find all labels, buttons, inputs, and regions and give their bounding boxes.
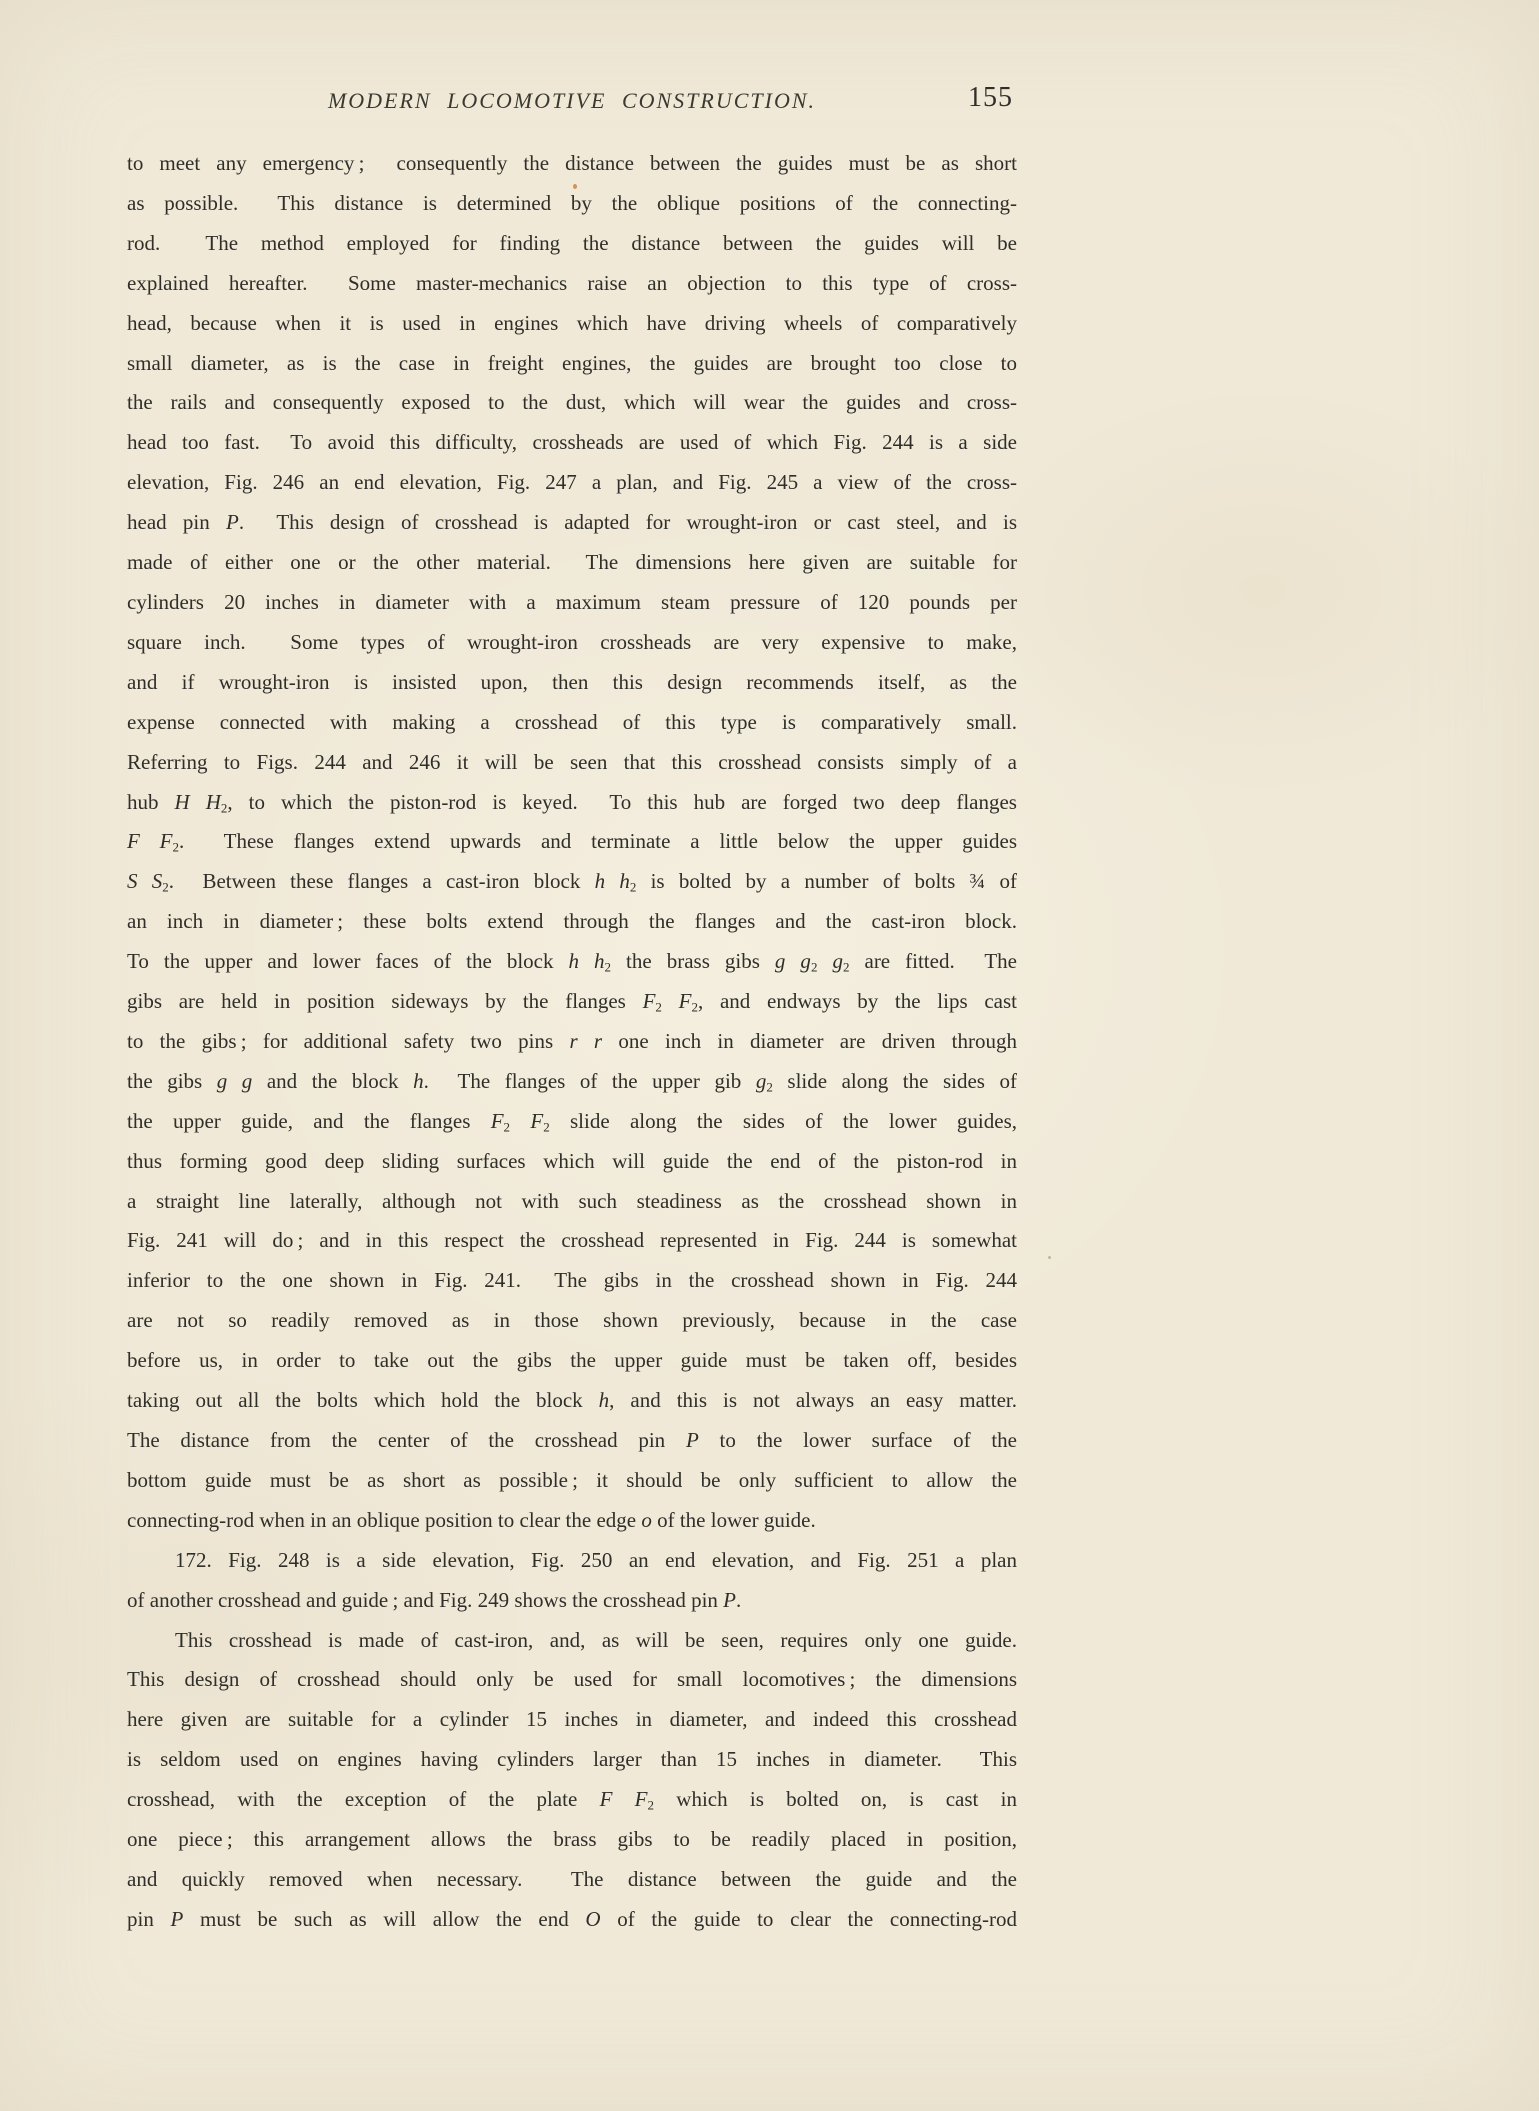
text-line: The distance from the center of the cros… <box>127 1421 1017 1461</box>
running-header: MODERN LOCOMOTIVE CONSTRUCTION. <box>127 88 1017 114</box>
paragraph: 172. Fig. 248 is a side elevation, Fig. … <box>127 1541 1017 1621</box>
book-page: MODERN LOCOMOTIVE CONSTRUCTION. 155 to m… <box>0 0 1539 2111</box>
text-line: made of either one or the other material… <box>127 543 1017 583</box>
text-line: as possible. This distance is determined… <box>127 184 1017 224</box>
running-header-title: MODERN LOCOMOTIVE CONSTRUCTION. <box>328 88 816 113</box>
text-line: crosshead, with the exception of the pla… <box>127 1780 1017 1820</box>
text-line: rod. The method employed for finding the… <box>127 224 1017 264</box>
text-line: head pin P. This design of crosshead is … <box>127 503 1017 543</box>
text-line: head too fast. To avoid this difficulty,… <box>127 423 1017 463</box>
text-line: head, because when it is used in engines… <box>127 304 1017 344</box>
text-line: Fig. 241 will do ; and in this respect t… <box>127 1221 1017 1261</box>
text-line: is seldom used on engines having cylinde… <box>127 1740 1017 1780</box>
text-line: F F2. These flanges extend upwards and t… <box>127 822 1017 862</box>
text-line: the gibs g g and the block h. The flange… <box>127 1062 1017 1102</box>
text-line: gibs are held in position sideways by th… <box>127 982 1017 1022</box>
page-body-text: to meet any emergency ; consequently the… <box>127 144 1017 1940</box>
text-line: the rails and consequently exposed to th… <box>127 383 1017 423</box>
text-line: 172. Fig. 248 is a side elevation, Fig. … <box>127 1541 1017 1581</box>
text-line: explained hereafter. Some master-mechani… <box>127 264 1017 304</box>
text-line: This design of crosshead should only be … <box>127 1660 1017 1700</box>
text-line: connecting-rod when in an oblique positi… <box>127 1501 1017 1541</box>
text-line: inferior to the one shown in Fig. 241. T… <box>127 1261 1017 1301</box>
text-line: This crosshead is made of cast-iron, and… <box>127 1621 1017 1661</box>
text-line: To the upper and lower faces of the bloc… <box>127 942 1017 982</box>
text-line: cylinders 20 inches in diameter with a m… <box>127 583 1017 623</box>
text-line: here given are suitable for a cylinder 1… <box>127 1700 1017 1740</box>
text-line: a straight line laterally, although not … <box>127 1182 1017 1222</box>
text-line: an inch in diameter ; these bolts extend… <box>127 902 1017 942</box>
text-line: before us, in order to take out the gibs… <box>127 1341 1017 1381</box>
paper-speck <box>1048 1256 1051 1259</box>
text-line: expense connected with making a crosshea… <box>127 703 1017 743</box>
text-line: elevation, Fig. 246 an end elevation, Fi… <box>127 463 1017 503</box>
text-line: to the gibs ; for additional safety two … <box>127 1022 1017 1062</box>
text-line: small diameter, as is the case in freigh… <box>127 344 1017 384</box>
text-line: and quickly removed when necessary. The … <box>127 1860 1017 1900</box>
text-line: the upper guide, and the flanges F2 F2 s… <box>127 1102 1017 1142</box>
text-line: hub H H2, to which the piston-rod is key… <box>127 783 1017 823</box>
text-line: thus forming good deep sliding surfaces … <box>127 1142 1017 1182</box>
text-line: of another crosshead and guide ; and Fig… <box>127 1581 1017 1621</box>
text-line: Referring to Figs. 244 and 246 it will b… <box>127 743 1017 783</box>
text-line: square inch. Some types of wrought-iron … <box>127 623 1017 663</box>
text-line: to meet any emergency ; consequently the… <box>127 144 1017 184</box>
text-line: one piece ; this arrangement allows the … <box>127 1820 1017 1860</box>
text-line: and if wrought-iron is insisted upon, th… <box>127 663 1017 703</box>
paragraph: This crosshead is made of cast-iron, and… <box>127 1621 1017 1940</box>
text-line: S S2. Between these flanges a cast-iron … <box>127 862 1017 902</box>
text-line: bottom guide must be as short as possibl… <box>127 1461 1017 1501</box>
text-line: taking out all the bolts which hold the … <box>127 1381 1017 1421</box>
text-line: pin P must be such as will allow the end… <box>127 1900 1017 1940</box>
text-line: are not so readily removed as in those s… <box>127 1301 1017 1341</box>
paragraph: to meet any emergency ; consequently the… <box>127 144 1017 1541</box>
page-number: 155 <box>968 82 1013 114</box>
